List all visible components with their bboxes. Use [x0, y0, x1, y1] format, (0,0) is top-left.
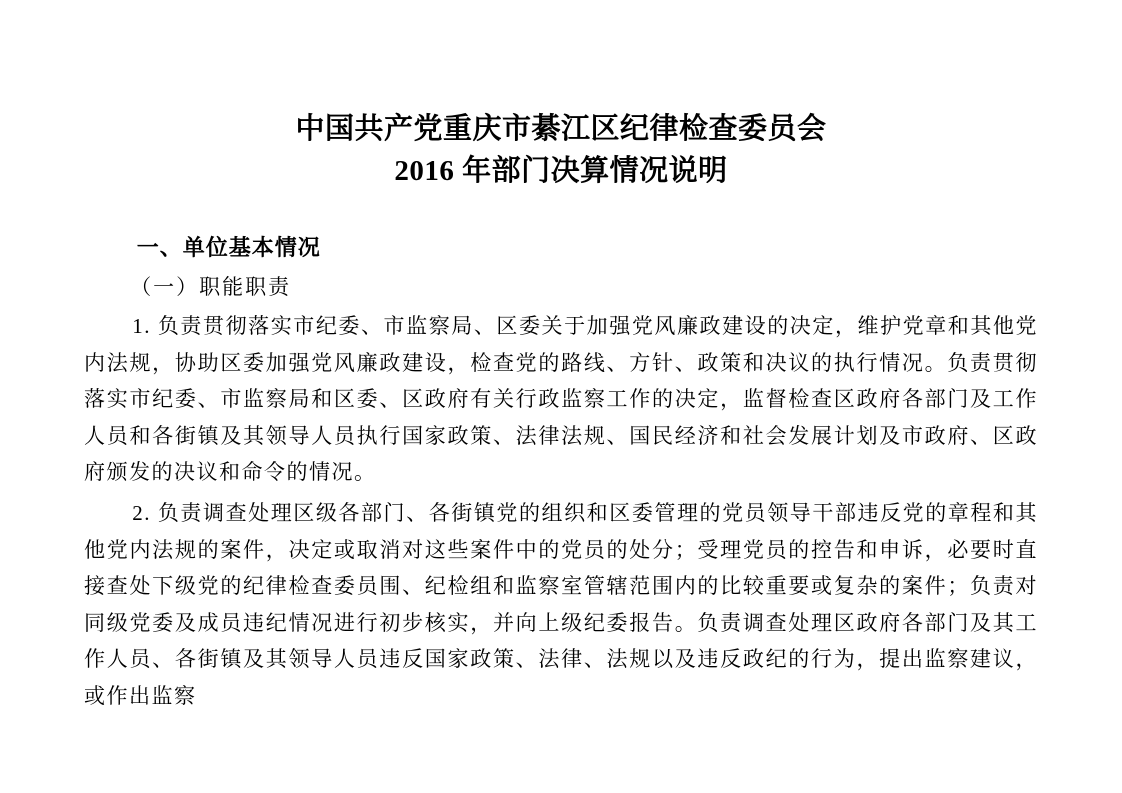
- section-heading-unit-basic-info: 一、单位基本情况: [84, 232, 1038, 264]
- paragraph-duty-2: 2. 负责调查处理区级各部门、各街镇党的组织和区委管理的党员领导干部违反党的章程…: [84, 495, 1038, 715]
- document-title: 中国共产党重庆市綦江区纪律检查委员会 2016 年部门决算情况说明: [0, 0, 1122, 192]
- document-page: 中国共产党重庆市綦江区纪律检查委员会 2016 年部门决算情况说明 一、单位基本…: [0, 0, 1122, 793]
- sub-heading-functions-duties: （一）职能职责: [84, 270, 1038, 304]
- title-line-2: 2016 年部门决算情况说明: [0, 150, 1122, 192]
- title-line-1: 中国共产党重庆市綦江区纪律检查委员会: [0, 108, 1122, 150]
- document-body: 一、单位基本情况 （一）职能职责 1. 负责贯彻落实市纪委、市监察局、区委关于加…: [0, 232, 1122, 715]
- paragraph-duty-1: 1. 负责贯彻落实市纪委、市监察局、区委关于加强党风廉政建设的决定，维护党章和其…: [84, 308, 1038, 491]
